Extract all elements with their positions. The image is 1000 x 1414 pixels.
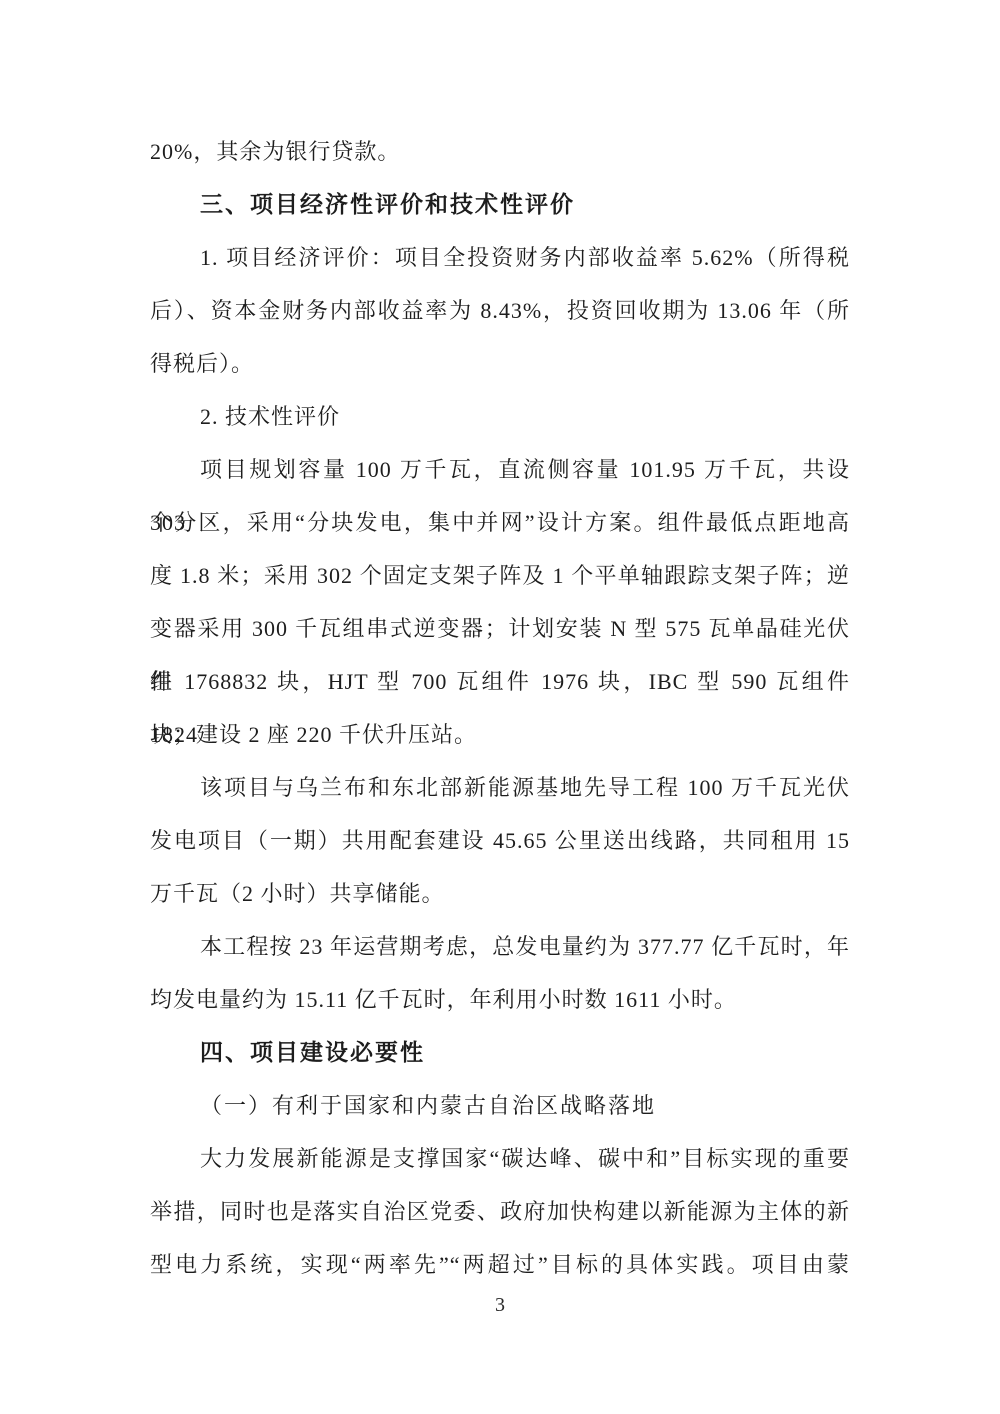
body-line: 发电项目（一期）共用配套建设 45.65 公里送出线路，共同租用 15 bbox=[150, 814, 850, 867]
document-body: 20%，其余为银行贷款。 三、项目经济性评价和技术性评价 1. 项目经济评价：项… bbox=[150, 125, 850, 1291]
body-line: 块；建设 2 座 220 千伏升压站。 bbox=[150, 708, 850, 761]
subsection-heading: （一）有利于国家和内蒙古自治区战略落地 bbox=[150, 1079, 850, 1132]
body-line: 该项目与乌兰布和东北部新能源基地先导工程 100 万千瓦光伏 bbox=[150, 761, 850, 814]
body-line: 万千瓦（2 小时）共享储能。 bbox=[150, 867, 850, 920]
body-line: 本工程按 23 年运营期考虑，总发电量约为 377.77 亿千瓦时，年 bbox=[150, 920, 850, 973]
body-line: 20%，其余为银行贷款。 bbox=[150, 125, 850, 178]
body-line: 得税后）。 bbox=[150, 337, 850, 390]
body-line: 大力发展新能源是支撑国家“碳达峰、碳中和”目标实现的重要 bbox=[150, 1132, 850, 1185]
document-page: 20%，其余为银行贷款。 三、项目经济性评价和技术性评价 1. 项目经济评价：项… bbox=[0, 0, 1000, 1414]
body-line: 2. 技术性评价 bbox=[150, 390, 850, 443]
section-heading: 三、项目经济性评价和技术性评价 bbox=[150, 178, 850, 231]
body-line: 1. 项目经济评价：项目全投资财务内部收益率 5.62%（所得税 bbox=[150, 231, 850, 284]
body-line: 后）、资本金财务内部收益率为 8.43%，投资回收期为 13.06 年（所 bbox=[150, 284, 850, 337]
body-line: 件 1768832 块，HJT 型 700 瓦组件 1976 块，IBC 型 5… bbox=[150, 655, 850, 708]
body-line: 型电力系统，实现“两率先”“两超过”目标的具体实践。项目由蒙 bbox=[150, 1238, 850, 1291]
body-line: 项目规划容量 100 万千瓦，直流侧容量 101.95 万千瓦，共设 303 bbox=[150, 443, 850, 496]
body-line: 均发电量约为 15.11 亿千瓦时，年利用小时数 1611 小时。 bbox=[150, 973, 850, 1026]
section-heading: 四、项目建设必要性 bbox=[150, 1026, 850, 1079]
page-number: 3 bbox=[0, 1285, 1000, 1325]
body-line: 变器采用 300 千瓦组串式逆变器；计划安装 N 型 575 瓦单晶硅光伏组 bbox=[150, 602, 850, 655]
body-line: 举措，同时也是落实自治区党委、政府加快构建以新能源为主体的新 bbox=[150, 1185, 850, 1238]
body-line: 个分区，采用“分块发电，集中并网”设计方案。组件最低点距地高 bbox=[150, 496, 850, 549]
body-line: 度 1.8 米；采用 302 个固定支架子阵及 1 个平单轴跟踪支架子阵；逆 bbox=[150, 549, 850, 602]
